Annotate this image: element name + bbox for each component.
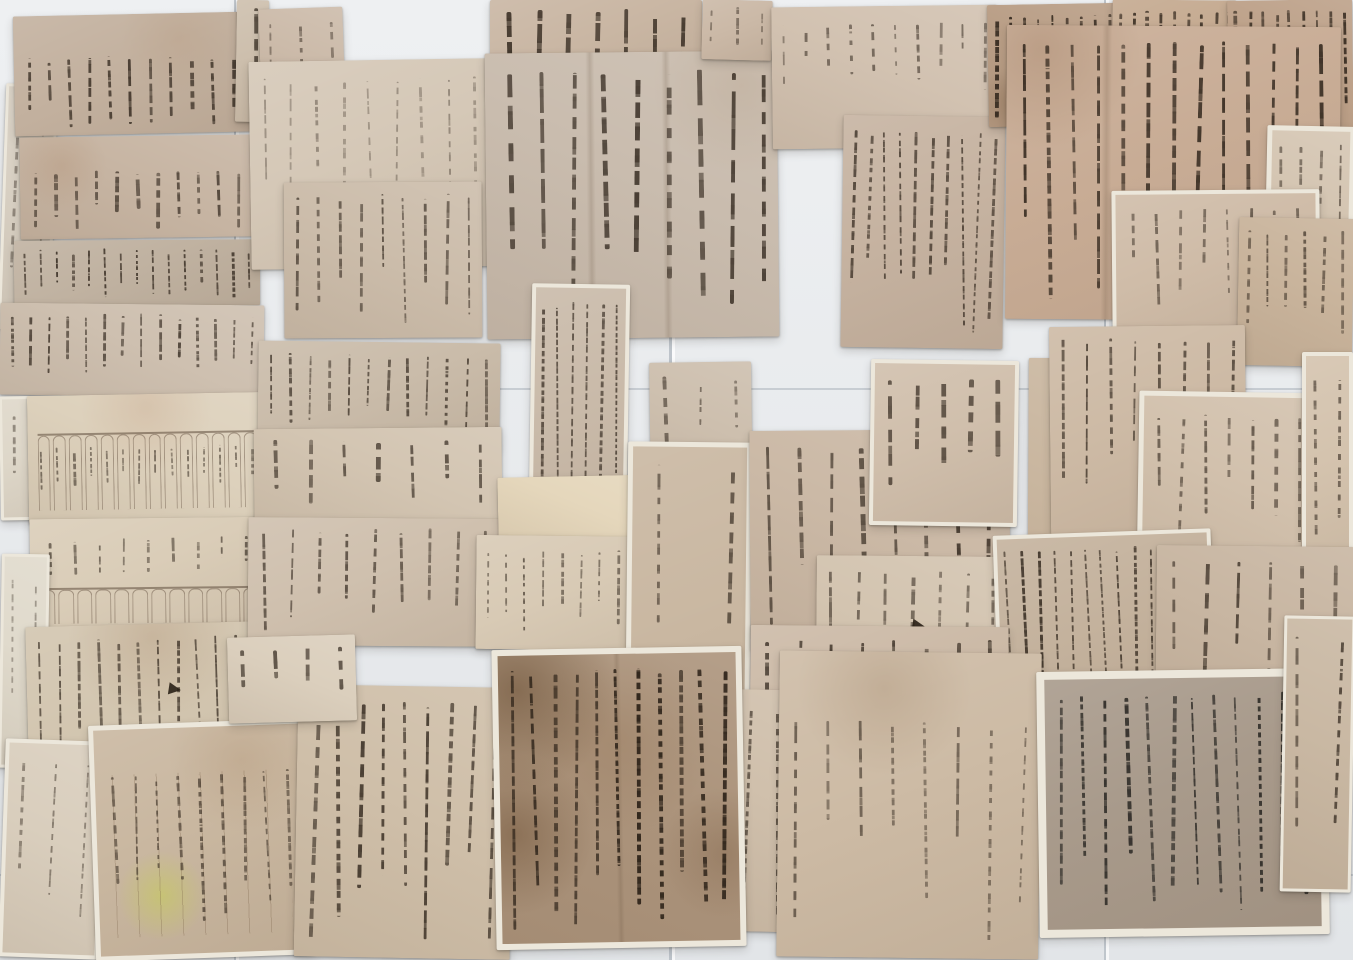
calligraphy-column [1084,549,1093,689]
calligraphy-column [987,724,993,942]
calligraphy-column [338,647,344,690]
calligraphy-column [1080,694,1087,857]
calligraphy-column [983,23,986,90]
calligraphy-column [1251,420,1254,509]
calligraphy-column [1061,339,1065,480]
calligraphy-area [887,376,1001,510]
calligraphy-column [455,531,460,607]
calligraphy-column [601,74,610,249]
calligraphy-column [973,133,983,333]
calligraphy-area [28,53,237,127]
calligraphy-column [783,25,786,84]
calligraphy-column [561,551,564,606]
calligraphy-column [309,705,322,942]
calligraphy-column [403,702,407,886]
calligraphy-column [598,304,604,499]
calligraphy-column [66,317,69,360]
calligraphy-column [464,358,468,431]
calligraphy-column [48,764,57,894]
calligraphy-column [556,307,559,494]
calligraphy-column [170,449,173,476]
calligraphy-column [89,447,91,476]
calligraphy-column [111,777,119,884]
calligraphy-area [1058,691,1308,914]
calligraphy-column [507,74,515,249]
calligraphy-column [72,451,76,487]
calligraphy-column [240,651,246,689]
calligraphy-column [248,253,251,288]
calligraphy-column [797,448,804,565]
calligraphy-column [722,672,727,903]
calligraphy-column [1104,699,1109,908]
calligraphy-column [121,316,125,356]
calligraphy-column [1109,339,1113,455]
calligraphy-column [826,24,830,71]
calligraphy-column [1086,344,1089,484]
calligraphy-column [233,318,236,359]
calligraphy-column [444,440,449,478]
calligraphy-column [1234,697,1243,910]
register-cell [169,589,185,623]
calligraphy-column [13,416,16,473]
calligraphy-column [888,380,893,485]
sheet-top-fragment [701,0,773,61]
calligraphy-column [579,555,582,617]
calligraphy-column [243,777,247,884]
calligraphy-column [467,198,470,315]
calligraphy-column [99,541,101,574]
calligraphy-column [176,776,183,880]
calligraphy-column [147,540,150,572]
calligraphy-column [317,533,321,594]
calligraphy-column [359,199,363,313]
calligraphy-column [1133,342,1137,442]
calligraphy-column [197,541,200,571]
calligraphy-column [309,356,312,420]
calligraphy-column [617,550,620,624]
calligraphy-column [553,674,558,915]
calligraphy-column [215,249,219,295]
sheet-bottom-dark-mounted [491,646,746,950]
calligraphy-column [263,78,267,179]
calligraphy-column [1303,231,1306,308]
calligraphy-column [315,81,319,168]
calligraphy-column [425,356,429,415]
calligraphy-column [424,708,430,940]
calligraphy-column [850,130,858,283]
calligraphy-column [570,302,574,502]
calligraphy-column [88,250,90,286]
calligraphy-column [221,536,223,557]
calligraphy-column [883,130,886,281]
calligraphy-column [427,529,431,601]
calligraphy-column [154,450,157,473]
sheet-bottomright-edge [1280,615,1353,892]
calligraphy-column [574,672,579,926]
calligraphy-column [1212,695,1222,893]
calligraphy-area [311,701,497,944]
calligraphy-column [571,73,577,317]
calligraphy-column [1319,147,1323,206]
calligraphy-column [1157,417,1161,485]
calligraphy-column [1045,45,1052,299]
calligraphy-column [1145,696,1156,901]
calligraphy-column [891,725,895,826]
calligraphy-column [203,447,205,473]
calligraphy-column [1172,562,1175,650]
calligraphy-area [510,667,729,930]
register-cell [77,590,93,624]
calligraphy-column [151,250,154,294]
calligraphy-column [699,379,702,425]
calligraphy-column [187,447,189,477]
calligraphy-column [79,765,90,917]
sheet-register-ledger-2 [29,517,268,631]
calligraphy-column [1097,45,1100,288]
calligraphy-column [75,174,79,230]
calligraphy-column [1267,234,1269,306]
calligraphy-column [406,357,409,418]
calligraphy-column [386,357,391,411]
calligraphy-column [269,24,272,62]
calligraphy-area [24,247,251,299]
calligraphy-column [698,669,709,907]
calligraphy-column [445,194,450,305]
ink-arrow-mark: ▶ [167,679,182,697]
sheet-mid-boldchar [254,427,503,527]
calligraphy-column [652,11,656,54]
calligraphy-column [1154,213,1160,310]
calligraphy-column [156,172,160,228]
calligraphy-column [735,7,738,45]
calligraphy-column [328,358,331,413]
sheet-rightmid-mounted-small [869,359,1019,527]
calligraphy-column [634,73,641,253]
sheet-topleft-strip [14,239,260,307]
calligraphy-column [1178,416,1186,541]
calligraphy-column [523,554,525,631]
calligraphy-column [827,721,831,820]
calligraphy-area [783,19,988,112]
calligraphy-column [103,314,106,367]
calligraphy-column [381,194,384,267]
calligraphy-column [237,173,240,227]
calligraphy-column [445,703,454,866]
calligraphy-column [196,317,199,370]
calligraphy-column [136,250,138,284]
calligraphy-area [263,527,487,636]
calligraphy-column [48,62,52,100]
calligraphy-area [710,5,764,54]
calligraphy-column [1298,418,1301,542]
sheet-center-letter [485,50,780,339]
calligraphy-area [792,718,1025,941]
calligraphy-column [56,448,59,482]
papers-layer: ▶▶ [0,0,1353,960]
sheet-register-ledger [27,392,267,524]
sheet-bottom-pale-wide [776,650,1042,959]
calligraphy-column [766,447,773,625]
calligraphy-column [914,380,919,456]
calligraphy-column [71,254,74,290]
calligraphy-column [84,318,87,373]
calligraphy-area [16,760,88,939]
calligraphy-column [235,445,238,469]
calligraphy-column [367,358,370,406]
calligraphy-column [376,443,381,482]
calligraphy-column [849,25,853,75]
calligraphy-column [1060,700,1063,885]
calligraphy-column [28,58,31,110]
calligraphy-column [614,669,621,866]
calligraphy-column [308,439,312,503]
calligraphy-column [159,314,162,360]
calligraphy-column [1131,211,1134,259]
calligraphy-column [761,13,764,47]
calligraphy-column [149,58,153,122]
calligraphy-column [423,199,427,283]
calligraphy-column [961,24,963,55]
calligraphy-column [176,171,181,217]
calligraphy-column [485,359,488,434]
calligraphy-column [74,542,78,575]
calligraphy-column [988,136,998,320]
calligraphy-column [95,170,99,204]
calligraphy-column [123,538,125,572]
calligraphy-column [511,671,517,930]
calligraphy-column [217,170,221,216]
sheet-mid-fragment [227,634,357,723]
calligraphy-column [219,445,222,483]
calligraphy-column [871,24,876,71]
register-grid [40,586,259,624]
calligraphy-area [1293,635,1341,873]
calligraphy-column [169,57,174,116]
calligraphy-area [508,68,768,317]
calligraphy-column [107,56,112,119]
calligraphy-column [18,761,25,870]
calligraphy-column [1296,637,1299,827]
calligraphy-column [120,252,123,284]
calligraphy-column [23,253,26,296]
calligraphy-column [939,19,942,69]
calligraphy-column [263,771,272,901]
calligraphy-column [1333,636,1344,824]
calligraphy-column [859,721,863,844]
calligraphy-column [479,443,483,508]
calligraphy-column [194,639,201,731]
calligraphy-column [805,27,808,59]
calligraphy-column [338,198,341,279]
calligraphy-column [657,674,663,920]
calligraphy-column [289,352,293,422]
calligraphy-column [410,440,415,500]
calligraphy-column [565,7,571,56]
calligraphy-column [47,317,50,373]
calligraphy-column [88,58,91,124]
calligraphy-column [167,254,170,295]
calligraphy-column [636,669,641,905]
calligraphy-column [1313,374,1318,537]
calligraphy-area [270,351,489,438]
calligraphy-column [710,10,713,41]
calligraphy-column [1022,44,1027,217]
calligraphy-column [29,316,32,368]
sheet-bottomleft-mounted [88,718,316,960]
calligraphy-column [55,251,58,282]
calligraphy-column [345,534,349,599]
calligraphy-column [273,440,279,489]
calligraphy-column [894,25,898,75]
calligraphy-area [240,645,344,706]
calligraphy-column [342,441,346,482]
calligraphy-column [40,451,43,490]
calligraphy-column [105,451,108,483]
sheet-bottomleft-pale [294,684,515,960]
register-cell [151,589,167,623]
calligraphy-column [290,530,295,618]
calligraphy-column [1338,380,1342,518]
calligraphy-column [141,313,143,367]
calligraphy-column [400,533,404,602]
calligraphy-column [122,447,124,472]
register-cell [225,588,241,622]
calligraphy-column [994,19,998,118]
calligraphy-column [330,22,334,58]
calligraphy-area [111,769,293,938]
calligraphy-area [1246,229,1345,355]
calligraphy-column [285,769,291,886]
photograph-of-manuscript-collage: ▶▶ [0,0,1353,960]
calligraphy-column [1284,235,1288,307]
calligraphy-column [295,198,298,311]
calligraphy-column [445,357,449,426]
calligraphy-column [306,647,310,684]
calligraphy-column [486,553,488,618]
calligraphy-area [10,312,254,384]
calligraphy-column [1170,694,1176,888]
calligraphy-column [793,721,797,921]
calligraphy-area [40,443,255,501]
calligraphy-column [155,779,160,870]
calligraphy-area [296,194,471,326]
calligraphy-column [372,529,377,613]
calligraphy-column [336,702,341,917]
sheet-midleft [284,181,483,338]
calligraphy-column [34,173,38,227]
calligraphy-column [542,550,544,608]
calligraphy-column [679,670,684,872]
calligraphy-column [134,776,138,880]
calligraphy-column [77,642,81,729]
calligraphy-area [1314,374,1342,566]
calligraphy-column [1246,230,1251,323]
sheet-right-filler [1237,217,1353,367]
calligraphy-column [922,722,928,898]
calligraphy-column [270,354,272,413]
calligraphy-column [913,132,919,279]
calligraphy-column [615,304,618,501]
calligraphy-column [961,135,965,325]
calligraphy-column [1321,233,1327,315]
calligraphy-column [262,532,267,631]
register-cell [114,590,130,624]
calligraphy-column [211,59,216,124]
calligraphy-column [762,72,767,288]
calligraphy-column [128,59,132,124]
calligraphy-area [49,535,249,584]
calligraphy-column [39,250,42,287]
calligraphy-column [1019,723,1028,906]
calligraphy-column [539,72,545,249]
calligraphy-column [657,465,661,623]
calligraphy-column [199,249,202,282]
calligraphy-column [183,250,186,291]
register-cell [58,590,74,624]
calligraphy-column [317,196,321,303]
sheet-left-band [0,303,264,398]
calligraphy-column [135,174,140,209]
calligraphy-column [467,706,476,857]
calligraphy-column [941,380,946,465]
calligraphy-column [866,132,874,259]
calligraphy-column [1339,144,1342,226]
calligraphy-column [138,449,140,484]
calligraphy-column [54,174,58,217]
calligraphy-column [251,317,255,364]
register-cell [132,589,148,623]
calligraphy-column [214,319,217,361]
calligraphy-column [727,470,735,625]
calligraphy-column [968,379,974,452]
calligraphy-column [273,651,278,679]
calligraphy-column [1179,210,1182,294]
calligraphy-column [1341,231,1344,334]
calligraphy-column [1202,208,1206,269]
calligraphy-column [198,774,206,920]
calligraphy-column [103,248,107,297]
calligraphy-column [944,132,951,265]
sheet-topleft-wide-2 [19,134,254,239]
register-cell [206,589,222,623]
sheet-mid [248,517,503,647]
calligraphy-column [348,354,351,415]
calligraphy-column [190,59,195,112]
register-cell [95,590,111,624]
calligraphy-column [1274,418,1278,515]
sheet-topleft-wide-1 [13,12,251,137]
sheet-uppermid [840,115,1005,349]
calligraphy-column [928,135,935,276]
calligraphy-column [67,59,72,127]
calligraphy-column [1227,416,1231,484]
calligraphy-area [850,129,995,335]
calligraphy-column [996,379,1001,456]
calligraphy-area [273,437,482,517]
calligraphy-column [528,673,539,888]
calligraphy-column [595,671,599,876]
calligraphy-column [197,172,201,214]
calligraphy-column [401,198,406,323]
calligraphy-column [1257,696,1263,892]
register-cell [188,589,204,623]
calligraphy-column [505,554,507,612]
calligraphy-column [1124,698,1132,854]
calligraphy-column [177,320,180,358]
calligraphy-column [697,69,706,303]
calligraphy-column [1343,11,1347,105]
calligraphy-column [734,380,738,427]
